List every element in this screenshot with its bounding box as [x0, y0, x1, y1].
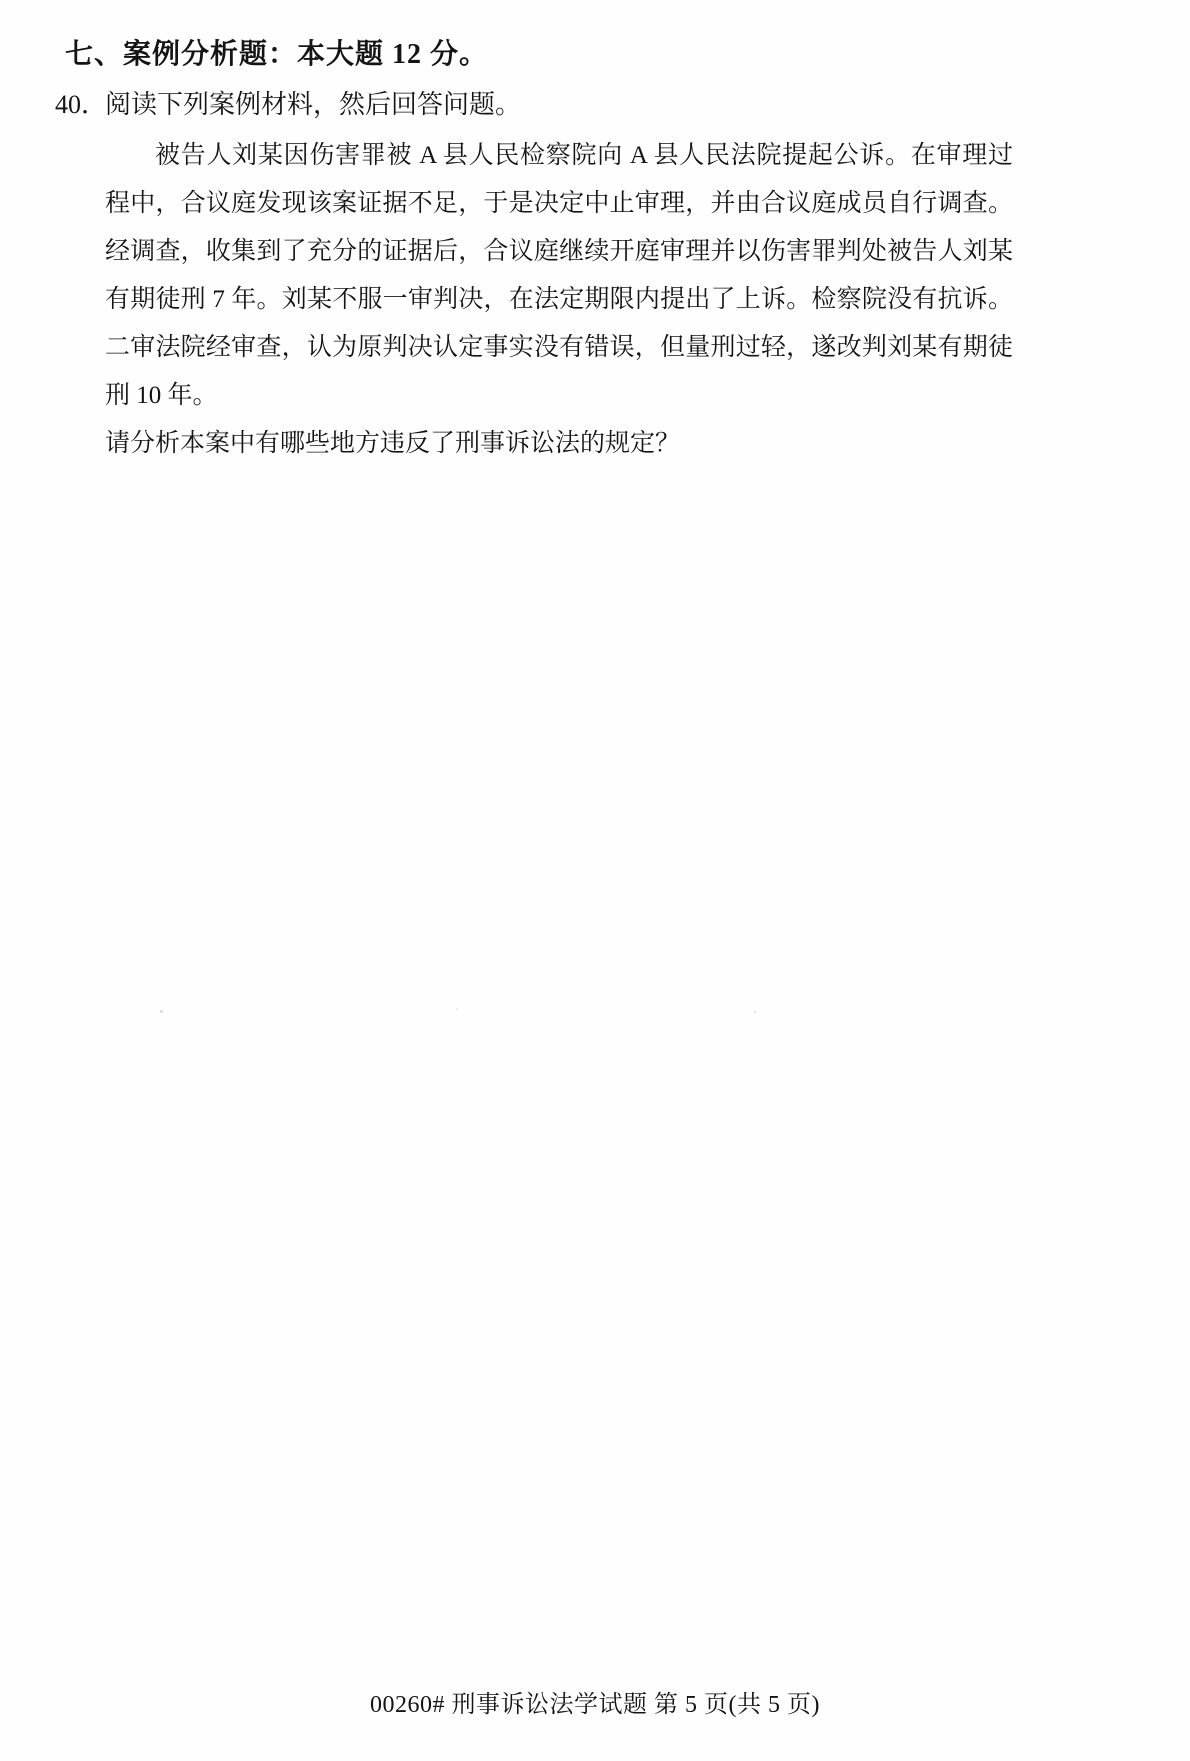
case-line: 程中，合议庭发现该案证据不足，于是决定中止审理，并由合议庭成员自行调查。 [105, 180, 1013, 228]
scan-speck [160, 1010, 163, 1013]
case-line: 经调查，收集到了充分的证据后，合议庭继续开庭审理并以伤害罪判处被告人刘某 [105, 228, 1013, 276]
question-instruction: 阅读下列案例材料，然后回答问题。 [105, 84, 521, 121]
question-number: 40． [55, 84, 105, 121]
question-prompt: 请分析本案中有哪些地方违反了刑事诉讼法的规定？ [105, 420, 680, 468]
case-line: 刑 10 年。 [105, 372, 1013, 420]
scan-speck [754, 1011, 756, 1013]
case-line: 被告人刘某因伤害罪被 A 县人民检察院向 A 县人民法院提起公诉。在审理过 [105, 132, 1013, 180]
question-40-line: 40． 阅读下列案例材料，然后回答问题。 [55, 84, 521, 121]
exam-page: 七、案例分析题：本大题 12 分。 40． 阅读下列案例材料，然后回答问题。 被… [0, 0, 1190, 1761]
section-heading: 七、案例分析题：本大题 12 分。 [65, 32, 488, 72]
page-footer: 00260# 刑事诉讼法学试题 第 5 页(共 5 页) [0, 1684, 1190, 1719]
case-line: 二审法院经审查，认为原判决认定事实没有错误，但量刑过轻，遂改判刘某有期徒 [105, 324, 1013, 372]
scan-speck [456, 1008, 458, 1010]
case-line: 有期徒刑 7 年。刘某不服一审判决，在法定期限内提出了上诉。检察院没有抗诉。 [105, 276, 1013, 324]
case-material: 被告人刘某因伤害罪被 A 县人民检察院向 A 县人民法院提起公诉。在审理过 程中… [105, 132, 1013, 420]
